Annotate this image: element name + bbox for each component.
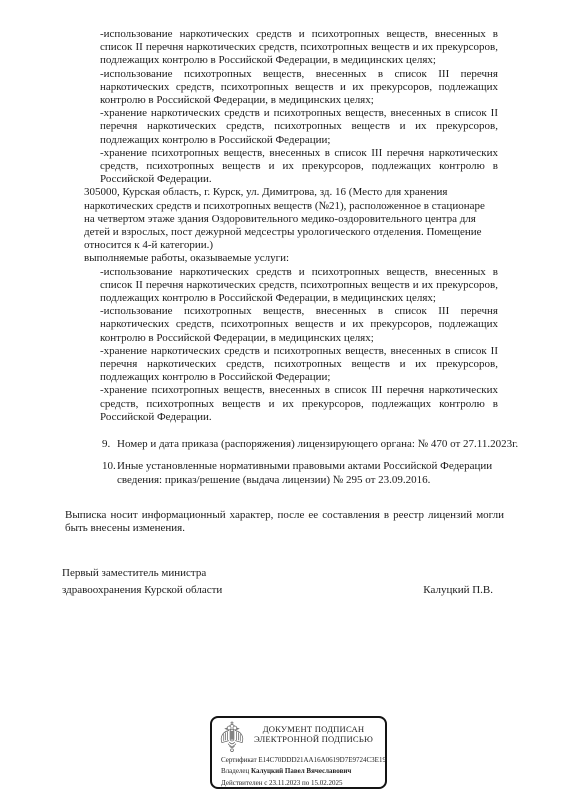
work-item: -использование наркотических средств и п… <box>100 28 498 68</box>
signatory-position-line1: Первый заместитель министра <box>62 565 222 582</box>
signature-block: Первый заместитель министра здравоохране… <box>62 565 493 599</box>
work-item: -хранение психотропных веществ, внесенны… <box>100 384 498 424</box>
stamp-title: ДОКУМЕНТ ПОДПИСАН ЭЛЕКТРОННОЙ ПОДПИСЬЮ <box>247 721 380 754</box>
work-item: -хранение наркотических средств и психот… <box>100 345 498 385</box>
stamp-validity-line: Действителен с 23.11.2023 по 15.02.2025 <box>221 778 385 789</box>
work-item: -хранение наркотических средств и психот… <box>100 107 498 147</box>
clause-9-text: Номер и дата приказа (распоряжения) лице… <box>117 438 522 451</box>
digital-signature-stamp: ДОКУМЕНТ ПОДПИСАН ЭЛЕКТРОННОЙ ПОДПИСЬЮ С… <box>210 716 387 789</box>
certificate-value: E14C70DDD21AA16A0619D7E9724C3E19 <box>258 756 386 764</box>
stamp-header: ДОКУМЕНТ ПОДПИСАН ЭЛЕКТРОННОЙ ПОДПИСЬЮ <box>212 718 385 754</box>
signatory-position-line2: здравоохранения Курской области <box>62 582 222 599</box>
double-headed-eagle-icon <box>217 721 247 754</box>
works-list-top: -использование наркотических средств и п… <box>100 28 498 186</box>
work-item: -использование психотропных веществ, вне… <box>100 68 498 108</box>
clause-10: 10. Иные установленные нормативными прав… <box>102 460 499 486</box>
stamp-certificate-line: Сертификат E14C70DDD21AA16A0619D7E9724C3… <box>221 755 385 766</box>
signatory-position: Первый заместитель министра здравоохране… <box>62 565 222 599</box>
stamp-owner-line: Владелец Калуцкий Павел Вячеславович <box>221 766 385 777</box>
signatory-name: Калуцкий П.В. <box>423 582 493 599</box>
certificate-label: Сертификат <box>221 756 257 764</box>
work-item: -использование наркотических средств и п… <box>100 266 498 306</box>
license-extract-page: -использование наркотических средств и п… <box>0 0 566 800</box>
works-services-label: выполняемые работы, оказываемые услуги: <box>84 252 498 265</box>
stamp-details: Сертификат E14C70DDD21AA16A0619D7E9724C3… <box>212 754 385 789</box>
clause-9-number: 9. <box>102 438 117 451</box>
works-list-bottom: -использование наркотических средств и п… <box>100 266 498 424</box>
work-item: -хранение психотропных веществ, внесенны… <box>100 147 498 187</box>
storage-address: 305000, Курская область, г. Курск, ул. Д… <box>84 186 494 252</box>
clause-10-text: Иные установленные нормативными правовым… <box>117 460 499 486</box>
clause-10-number: 10. <box>102 460 117 486</box>
stamp-title-line2: ЭЛЕКТРОННОЙ ПОДПИСЬЮ <box>247 735 380 745</box>
owner-name: Калуцкий Павел Вячеславович <box>251 767 351 775</box>
owner-label: Владелец <box>221 767 249 775</box>
informational-note: Выписка носит информационный характер, п… <box>65 509 504 535</box>
clause-9: 9. Номер и дата приказа (распоряжения) л… <box>102 438 522 451</box>
work-item: -использование психотропных веществ, вне… <box>100 305 498 345</box>
